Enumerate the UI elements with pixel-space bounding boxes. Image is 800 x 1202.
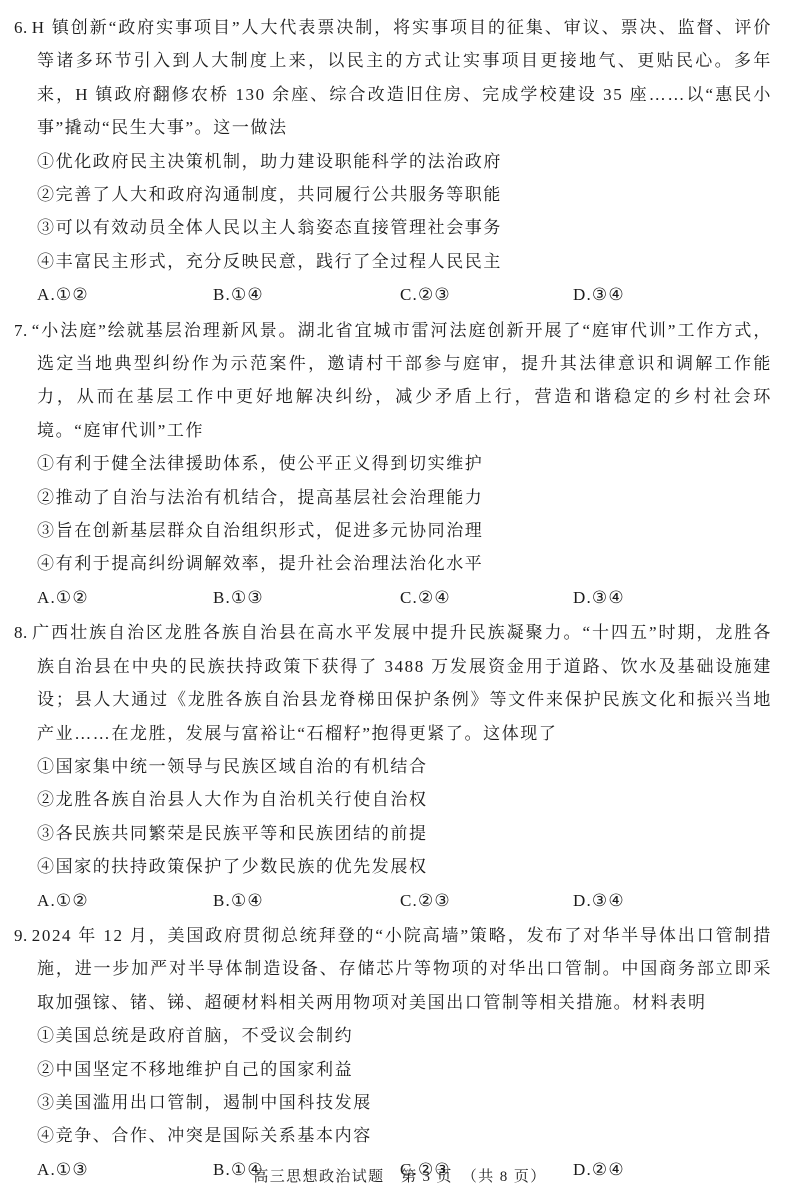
question-9-option-4: ④竞争、合作、冲突是国际关系基本内容 — [37, 1119, 772, 1152]
question-9-option-1: ①美国总统是政府首脑，不受议会制约 — [37, 1019, 772, 1052]
question-8-option-2: ②龙胜各族自治县人大作为自治机关行使自治权 — [37, 783, 772, 816]
question-8-number: 8. — [14, 623, 28, 642]
question-7-option-3: ③旨在创新基层群众自治组织形式，促进多元协同治理 — [37, 514, 772, 547]
question-6-choice-b: B.①④ — [213, 278, 264, 311]
question-8: 8.广西壮族自治区龙胜各族自治县在高水平发展中提升民族凝聚力。“十四五”时期，龙… — [37, 616, 772, 917]
question-7-option-2: ②推动了自治与法治有机结合，提高基层社会治理能力 — [37, 481, 772, 514]
question-8-stem-text: 广西壮族自治区龙胜各族自治县在高水平发展中提升民族凝聚力。“十四五”时期，龙胜各… — [32, 623, 772, 742]
question-8-choice-b: B.①④ — [213, 884, 264, 917]
question-7-choice-b: B.①③ — [213, 581, 264, 614]
question-8-option-1: ①国家集中统一领导与民族区域自治的有机结合 — [37, 750, 772, 783]
question-8-stem: 8.广西壮族自治区龙胜各族自治县在高水平发展中提升民族凝聚力。“十四五”时期，龙… — [37, 616, 772, 750]
question-6-number: 6. — [14, 18, 28, 37]
question-6-answer-row: A.①② B.①④ C.②③ D.③④ — [37, 278, 772, 311]
question-7-option-1: ①有利于健全法律援助体系，使公平正义得到切实维护 — [37, 447, 772, 480]
exam-page: 6.H 镇创新“政府实事项目”人大代表票决制，将实事项目的征集、审议、票决、监督… — [0, 0, 800, 1202]
question-8-option-3: ③各民族共同繁荣是民族平等和民族团结的前提 — [37, 817, 772, 850]
question-6: 6.H 镇创新“政府实事项目”人大代表票决制，将实事项目的征集、审议、票决、监督… — [37, 11, 772, 312]
question-8-option-4: ④国家的扶持政策保护了少数民族的优先发展权 — [37, 850, 772, 883]
question-7-number: 7. — [14, 321, 28, 340]
question-7-stem: 7.“小法庭”绘就基层治理新风景。湖北省宜城市雷河法庭创新开展了“庭审代训”工作… — [37, 314, 772, 448]
question-7-answer-row: A.①② B.①③ C.②④ D.③④ — [37, 581, 772, 614]
question-9-option-2: ②中国坚定不移地维护自己的国家利益 — [37, 1053, 772, 1086]
question-8-answer-row: A.①② B.①④ C.②③ D.③④ — [37, 884, 772, 917]
question-6-stem-text: H 镇创新“政府实事项目”人大代表票决制，将实事项目的征集、审议、票决、监督、评… — [32, 18, 772, 137]
question-9-stem: 9.2024 年 12 月，美国政府贯彻总统拜登的“小院高墙”策略，发布了对华半… — [37, 919, 772, 1019]
question-6-option-3: ③可以有效动员全体人民以主人翁姿态直接管理社会事务 — [37, 211, 772, 244]
question-9-number: 9. — [14, 926, 28, 945]
question-6-option-1: ①优化政府民主决策机制，助力建设职能科学的法治政府 — [37, 145, 772, 178]
question-7-option-4: ④有利于提高纠纷调解效率，提升社会治理法治化水平 — [37, 547, 772, 580]
question-8-choice-d: D.③④ — [573, 884, 625, 917]
question-6-stem: 6.H 镇创新“政府实事项目”人大代表票决制，将实事项目的征集、审议、票决、监督… — [37, 11, 772, 145]
question-8-choice-c: C.②③ — [400, 884, 451, 917]
question-9: 9.2024 年 12 月，美国政府贯彻总统拜登的“小院高墙”策略，发布了对华半… — [37, 919, 772, 1186]
question-7-choice-d: D.③④ — [573, 581, 625, 614]
question-6-option-2: ②完善了人大和政府沟通制度，共同履行公共服务等职能 — [37, 178, 772, 211]
question-6-option-4: ④丰富民主形式，充分反映民意，践行了全过程人民民主 — [37, 245, 772, 278]
question-7-choice-c: C.②④ — [400, 581, 451, 614]
question-8-choice-a: A.①② — [37, 884, 89, 917]
question-7-choice-a: A.①② — [37, 581, 89, 614]
question-9-option-3: ③美国滥用出口管制，遏制中国科技发展 — [37, 1086, 772, 1119]
question-6-choice-c: C.②③ — [400, 278, 451, 311]
question-6-choice-a: A.①② — [37, 278, 89, 311]
question-7-stem-text: “小法庭”绘就基层治理新风景。湖北省宜城市雷河法庭创新开展了“庭审代训”工作方式… — [32, 321, 772, 440]
question-9-stem-text: 2024 年 12 月，美国政府贯彻总统拜登的“小院高墙”策略，发布了对华半导体… — [32, 926, 772, 1012]
page-footer: 高三思想政治试题 第 3 页 （共 8 页） — [0, 1165, 800, 1186]
question-7: 7.“小法庭”绘就基层治理新风景。湖北省宜城市雷河法庭创新开展了“庭审代训”工作… — [37, 314, 772, 615]
question-6-choice-d: D.③④ — [573, 278, 625, 311]
